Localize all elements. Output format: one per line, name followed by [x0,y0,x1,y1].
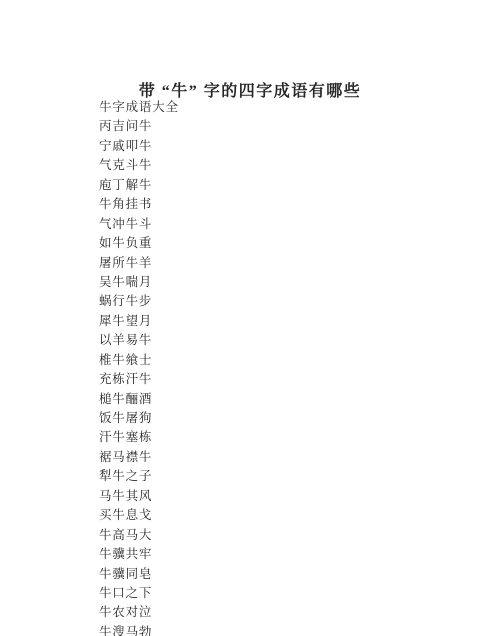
list-item: 槌牛酾酒 [99,390,179,409]
list-item: 牛骥共牢 [99,545,179,564]
list-item: 汗牛塞栋 [99,428,179,447]
list-item: 气冲牛斗 [99,215,179,234]
list-item: 牛口之下 [99,584,179,603]
document-page: 带 “牛” 字的四字成语有哪些 牛字成语大全 丙吉问牛宁戚叩牛气克斗牛庖丁解牛牛… [0,0,500,636]
list-item: 犁牛之子 [99,467,179,486]
list-heading: 牛字成语大全 [99,98,179,117]
list-item: 饭牛屠狗 [99,409,179,428]
list-item: 吴牛喘月 [99,273,179,292]
idiom-list: 牛字成语大全 丙吉问牛宁戚叩牛气克斗牛庖丁解牛牛角挂书气冲牛斗如牛负重屠所牛羊吴… [99,98,179,636]
page-title: 带 “牛” 字的四字成语有哪些 [0,78,500,101]
idiom-items: 丙吉问牛宁戚叩牛气克斗牛庖丁解牛牛角挂书气冲牛斗如牛负重屠所牛羊吴牛喘月蜗行牛步… [99,117,179,636]
list-item: 马牛其风 [99,487,179,506]
list-item: 牛溲马勃 [99,623,179,636]
list-item: 屠所牛羊 [99,254,179,273]
list-item: 以羊易牛 [99,331,179,350]
list-item: 牛农对泣 [99,603,179,622]
list-item: 犀牛望月 [99,312,179,331]
list-item: 宁戚叩牛 [99,137,179,156]
list-item: 买牛息戈 [99,506,179,525]
list-item: 丙吉问牛 [99,117,179,136]
list-item: 蜗行牛步 [99,292,179,311]
list-item: 裾马襟牛 [99,448,179,467]
list-item: 庖丁解牛 [99,176,179,195]
list-item: 牛角挂书 [99,195,179,214]
list-item: 如牛负重 [99,234,179,253]
list-item: 牛骥同皂 [99,565,179,584]
list-item: 椎牛飨士 [99,351,179,370]
list-item: 充栋汗牛 [99,370,179,389]
list-item: 牛高马大 [99,526,179,545]
list-item: 气克斗牛 [99,156,179,175]
